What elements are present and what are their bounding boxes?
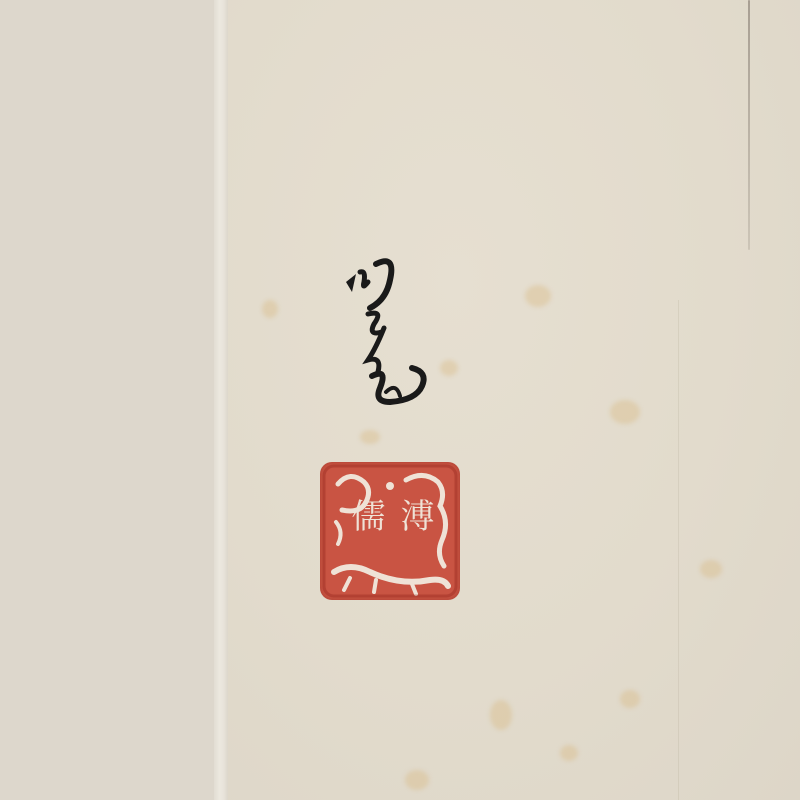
paper-crease-faint bbox=[678, 300, 679, 800]
paper-crease bbox=[748, 0, 750, 250]
main-paper-panel bbox=[228, 0, 800, 800]
foxing-stain bbox=[490, 700, 512, 730]
foxing-stain bbox=[560, 745, 578, 761]
foxing-stain bbox=[405, 770, 429, 790]
foxing-stain bbox=[610, 400, 640, 424]
foxing-stain bbox=[700, 560, 722, 578]
seal-characters: 溥儒 bbox=[350, 498, 430, 558]
red-seal: 溥儒 bbox=[320, 462, 460, 600]
calligraphy-signature bbox=[338, 252, 438, 432]
foxing-stain bbox=[360, 430, 380, 444]
foxing-stain bbox=[620, 690, 640, 708]
foxing-stain bbox=[440, 360, 458, 376]
mount-seam-strip bbox=[214, 0, 228, 800]
left-paper-panel bbox=[0, 0, 214, 800]
foxing-stain bbox=[262, 300, 278, 318]
foxing-stain bbox=[525, 285, 551, 307]
scroll-photo: 溥儒 bbox=[0, 0, 800, 800]
